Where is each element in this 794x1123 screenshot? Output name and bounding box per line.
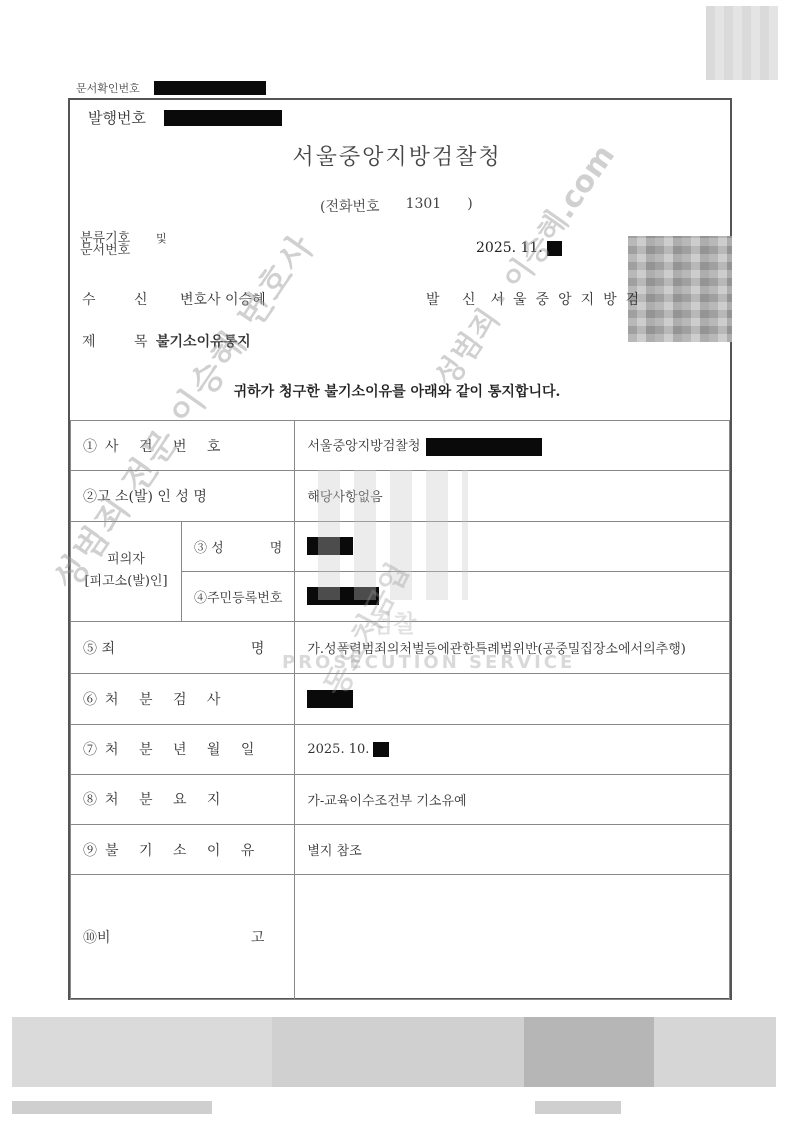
disposition-date-value: 2025. 10. — [307, 742, 369, 757]
suspect-name-label-num: ③ 성 — [194, 537, 224, 556]
subject-key1: 제 — [82, 331, 134, 351]
suspect-name-label: ③ 성 명 — [182, 521, 295, 571]
redacted-prosecutor-name — [307, 690, 353, 708]
table-row-prosecutor: ⑥처 분 검 사 — [71, 674, 730, 724]
subject-value: 불기소이유통지 — [156, 331, 251, 351]
issue-number-row: 발행번호 — [88, 107, 282, 128]
phone-line: (전화번호 1301 ) — [320, 196, 473, 216]
prosecutor-label: ⑥처 분 검 사 — [71, 674, 295, 724]
suspect-name-cell — [295, 521, 730, 571]
redacted-issue-number — [164, 110, 282, 126]
table-row-disposition-summary: ⑧처 분 요 지 가-교육이수조건부 기소유예 — [71, 774, 730, 824]
recipient-row: 수 신 변호사 이승혜 — [82, 289, 266, 309]
phone-label: (전화번호 — [320, 196, 380, 216]
classification-label-line2: 문서번호 — [80, 245, 130, 257]
case-number-cell: 서울중앙지방검찰청 — [295, 421, 730, 471]
phone-close: ) — [467, 196, 472, 216]
charge-label-num: ⑤ 죄 — [83, 638, 115, 658]
disposition-date-label: ⑦처 분 년 월 일 — [71, 724, 295, 774]
suspect-group-line1: 피의자 — [83, 549, 169, 571]
recipient-key1: 수 — [82, 289, 134, 309]
table-row-remarks: ⑩비 고 — [71, 875, 730, 1000]
agency-title: 서울중앙지방검찰청 — [0, 140, 794, 171]
reason-label: ⑨불 기 소 이 유 — [71, 825, 295, 875]
document-date: 2025. 11. — [476, 240, 562, 256]
remarks-label: ⑩비 고 — [71, 875, 295, 1000]
notice-sentence: 귀하가 청구한 불기소이유를 아래와 같이 통지합니다. — [0, 381, 794, 401]
remarks-value — [295, 875, 730, 1000]
classification-label: 분류기호 문서번호 및 — [80, 233, 130, 257]
table-row-charge: ⑤ 죄 명 가.성폭력범죄의처벌등에관한특례법위반(공중밀집장소에서의추행) — [71, 622, 730, 674]
redacted-document-check-number — [154, 81, 266, 95]
redacted-disposition-day — [373, 742, 389, 757]
redacted-suspect-name — [307, 537, 353, 555]
complainant-label: ②고 소(발) 인 성 명 — [71, 471, 295, 521]
recipient-key2: 신 — [134, 289, 180, 309]
prosecutor-cell — [295, 674, 730, 724]
subject-row: 제 목 불기소이유통지 — [82, 331, 251, 351]
redacted-rrn — [307, 587, 379, 605]
disposition-date-cell: 2025. 10. — [295, 724, 730, 774]
recipient-value: 변호사 이승혜 — [180, 289, 266, 309]
reason-value: 별지 참조 — [295, 825, 730, 875]
suspect-group-line2: [피고소(발)인] — [83, 571, 169, 593]
table-row-suspect-name: 피의자 [피고소(발)인] ③ 성 명 — [71, 521, 730, 571]
sender-row: 발 신 서울중앙지방검 — [426, 289, 648, 309]
document-date-text: 2025. 11. — [476, 240, 543, 256]
remarks-label-end: 고 — [251, 927, 265, 947]
suspect-name-label-end: 명 — [270, 537, 283, 556]
charge-label-end: 명 — [251, 638, 265, 658]
document-check-number-label: 문서확인번호 — [76, 80, 140, 96]
redacted-case-number — [426, 438, 542, 456]
rrn-cell — [295, 571, 730, 621]
document-check-number-row: 문서확인번호 — [76, 80, 266, 96]
subject-key2: 목 — [134, 331, 156, 351]
complainant-value: 해당사항없음 — [295, 471, 730, 521]
case-number-value: 서울중앙지방검찰청 — [307, 439, 420, 454]
blurred-qr-code — [706, 6, 778, 80]
disposition-table: ①사 건 번 호 서울중앙지방검찰청 ②고 소(발) 인 성 명 해당사항없음 … — [70, 420, 730, 1000]
issue-number-label: 발행번호 — [88, 107, 146, 128]
blurred-footer-text-right — [535, 1101, 621, 1114]
case-number-label: ①사 건 번 호 — [71, 421, 295, 471]
blurred-footer-text-left — [12, 1101, 212, 1114]
phone-number: 1301 — [406, 196, 442, 216]
table-row-complainant: ②고 소(발) 인 성 명 해당사항없음 — [71, 471, 730, 521]
disposition-summary-value: 가-교육이수조건부 기소유예 — [295, 774, 730, 824]
blurred-footer — [12, 1017, 776, 1087]
table-row-disposition-date: ⑦처 분 년 월 일 2025. 10. — [71, 724, 730, 774]
rrn-label: ④주민등록번호 — [182, 571, 295, 621]
redacted-day — [547, 241, 562, 256]
disposition-summary-label: ⑧처 분 요 지 — [71, 774, 295, 824]
sender-label: 발 신 — [426, 289, 485, 309]
classification-label-and: 및 — [156, 233, 167, 245]
charge-label: ⑤ 죄 명 — [71, 622, 295, 674]
remarks-label-num: ⑩비 — [83, 927, 111, 947]
suspect-group-label: 피의자 [피고소(발)인] — [71, 521, 182, 622]
sender-value: 서울중앙지방검 — [491, 289, 649, 309]
table-row-case-number: ①사 건 번 호 서울중앙지방검찰청 — [71, 421, 730, 471]
charge-value: 가.성폭력범죄의처벌등에관한특례법위반(공중밀집장소에서의추행) — [295, 622, 730, 674]
table-row-non-prosecution-reason: ⑨불 기 소 이 유 별지 참조 — [71, 825, 730, 875]
